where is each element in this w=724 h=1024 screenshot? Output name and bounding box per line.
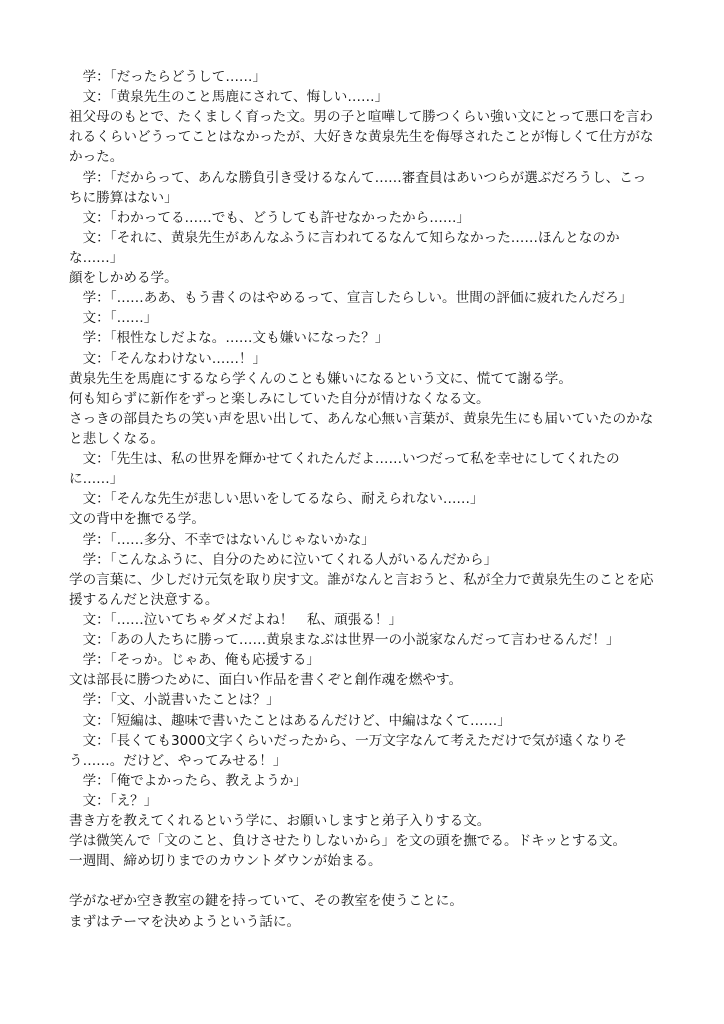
- dialogue-continuation-line: に……」: [69, 469, 647, 489]
- narration-line: れるくらいどうってことはなかったが、大好きな黄泉先生を侮辱されたことが悔しくて仕…: [69, 127, 647, 147]
- blank-line: [69, 871, 647, 891]
- dialogue-line: 文：「え？」: [69, 791, 647, 811]
- dialogue-line: 文：「あの人たちに勝って……黄泉まなぶは世界一の小説家なんだって言わせるんだ！」: [69, 630, 647, 650]
- dialogue-line: 学：「こんなふうに、自分のために泣いてくれる人がいるんだから」: [69, 550, 647, 570]
- dialogue-continuation-line: な……」: [69, 248, 647, 268]
- dialogue-line: 文：「そんなわけない……！」: [69, 349, 647, 369]
- dialogue-line: 学：「……ああ、もう書くのはやめるって、宣言したらしい。世間の評価に疲れたんだろ…: [69, 288, 647, 308]
- narration-line: 文は部長に勝つために、面白い作品を書くぞと創作魂を燃やす。: [69, 670, 647, 690]
- dialogue-line: 学：「そっか。じゃあ、俺も応援する」: [69, 650, 647, 670]
- dialogue-line: 学：「……多分、不幸ではないんじゃないかな」: [69, 530, 647, 550]
- dialogue-line: 文：「……泣いてちゃダメだよね！ 私、頑張る！」: [69, 610, 647, 630]
- narration-line: かった。: [69, 147, 647, 167]
- dialogue-line: 文：「先生は、私の世界を輝かせてくれたんだよ……いつだって私を幸せにしてくれたの: [69, 449, 647, 469]
- narration-line: 一週間、締め切りまでのカウントダウンが始まる。: [69, 851, 647, 871]
- dialogue-line: 文：「そんな先生が悲しい思いをしてるなら、耐えられない……」: [69, 489, 647, 509]
- narration-line: 黄泉先生を馬鹿にするなら学くんのことも嫌いになるという文に、慌てて謝る学。: [69, 369, 647, 389]
- dialogue-line: 学：「文、小説書いたことは？」: [69, 690, 647, 710]
- dialogue-line: 学：「だったらどうして……」: [69, 67, 647, 87]
- narration-line: 学の言葉に、少しだけ元気を取り戻す文。誰がなんと言おうと、私が全力で黄泉先生のこ…: [69, 570, 647, 590]
- dialogue-line: 学：「だからって、あんな勝負引き受けるなんて……審査員はあいつらが選ぶだろうし、…: [69, 168, 647, 188]
- narration-line: まずはテーマを決めようという話に。: [69, 912, 647, 932]
- dialogue-line: 文：「それに、黄泉先生があんなふうに言われてるなんて知らなかった……ほんとなのか: [69, 228, 647, 248]
- dialogue-line: 文：「短編は、趣味で書いたことはあるんだけど、中編はなくて……」: [69, 711, 647, 731]
- document-body: 学：「だったらどうして……」 文：「黄泉先生のこと馬鹿にされて、悔しい……」 祖…: [69, 67, 647, 932]
- dialogue-continuation-line: ちに勝算はない」: [69, 188, 647, 208]
- dialogue-line: 文：「……」: [69, 308, 647, 328]
- narration-line: 学は微笑んで「文のこと、負けさせたりしないから」を文の頭を撫でる。ドキッとする文…: [69, 831, 647, 851]
- dialogue-line: 文：「長くても3000文字くらいだったから、一万文字なんて考えただけで気が遠くな…: [69, 731, 647, 751]
- narration-line: 祖父母のもとで、たくましく育った文。男の子と喧嘩して勝つくらい強い文にとって悪口…: [69, 107, 647, 127]
- narration-line: 援するんだと決意する。: [69, 590, 647, 610]
- narration-line: さっきの部員たちの笑い声を思い出して、あんな心無い言葉が、黄泉先生にも届いていた…: [69, 409, 647, 429]
- narration-line: 何も知らずに新作をずっと楽しみにしていた自分が情けなくなる文。: [69, 389, 647, 409]
- dialogue-line: 学：「俺でよかったら、教えようか」: [69, 771, 647, 791]
- dialogue-line: 文：「わかってる……でも、どうしても許せなかったから……」: [69, 208, 647, 228]
- narration-line: 書き方を教えてくれるという学に、お願いしますと弟子入りする文。: [69, 811, 647, 831]
- dialogue-continuation-line: う……。だけど、やってみせる！」: [69, 751, 647, 771]
- narration-line: と悲しくなる。: [69, 429, 647, 449]
- narration-line: 顔をしかめる学。: [69, 268, 647, 288]
- narration-line: 学がなぜか空き教室の鍵を持っていて、その教室を使うことに。: [69, 891, 647, 911]
- dialogue-line: 学：「根性なしだよな。……文も嫌いになった？」: [69, 328, 647, 348]
- dialogue-line: 文：「黄泉先生のこと馬鹿にされて、悔しい……」: [69, 87, 647, 107]
- narration-line: 文の背中を撫でる学。: [69, 509, 647, 529]
